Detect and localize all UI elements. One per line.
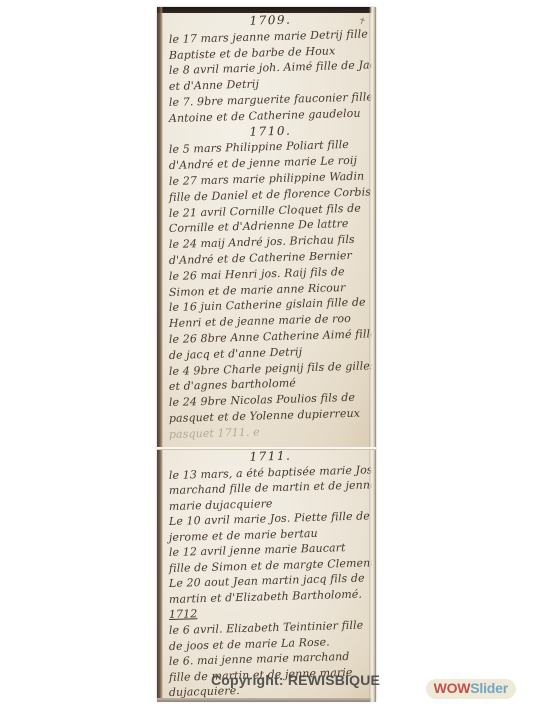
wowslider-badge-slider: Slider	[470, 680, 508, 696]
copyright-watermark: Copyright: REWISBIQUE	[211, 672, 380, 688]
page-background: ✝ 1709.le 17 mars jeanne marie Detrij fi…	[0, 0, 533, 711]
manuscript-lines-1711-1712: 1711.le 13 mars, a été baptisée marie Jo…	[157, 450, 376, 701]
wowslider-badge-wow: WOW	[434, 680, 471, 696]
wowslider-badge[interactable]: WOWSlider	[426, 679, 516, 699]
manuscript-strip-top: ✝ 1709.le 17 mars jeanne marie Detrij fi…	[157, 7, 376, 449]
slider-image-manuscript[interactable]: ✝ 1709.le 17 mars jeanne marie Detrij fi…	[157, 7, 376, 701]
manuscript-lines-1709-1710: 1709.le 17 mars jeanne marie Detrij fill…	[157, 13, 376, 443]
book-bottom-edge	[157, 698, 376, 702]
manuscript-strip-bottom: 1711.le 13 mars, a été baptisée marie Jo…	[157, 449, 376, 702]
